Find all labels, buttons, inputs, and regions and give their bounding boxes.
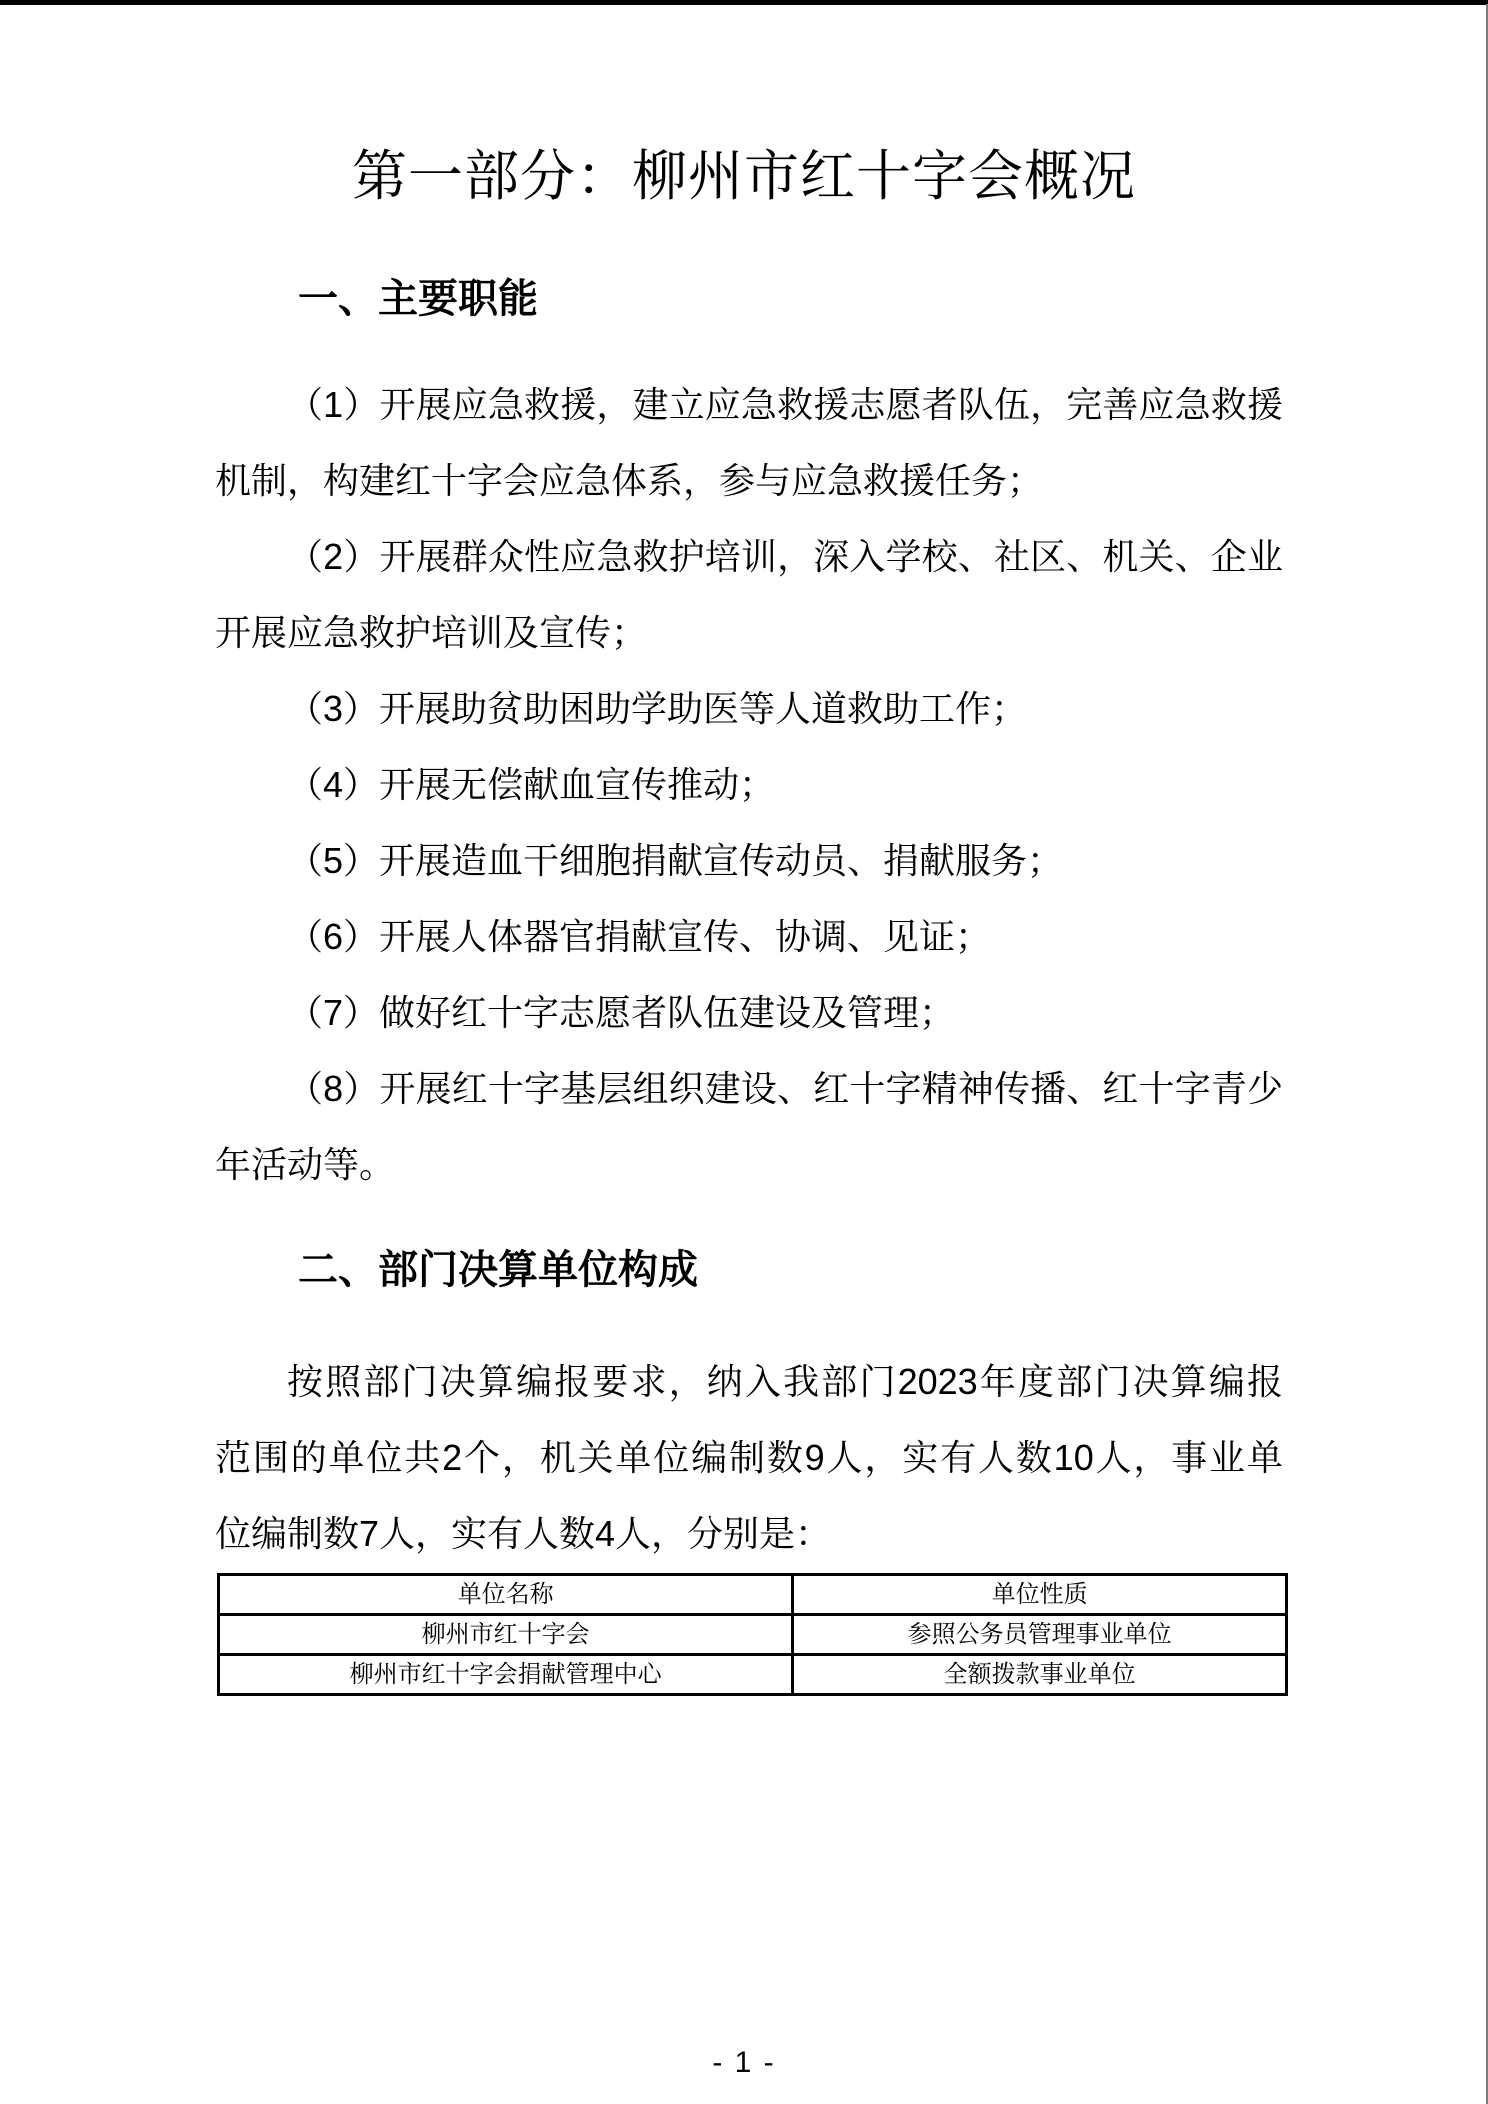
body-line: （2）开展群众性应急救护培训，深入学校、社区、机关、企业: [215, 519, 1283, 595]
body-line: 年活动等。: [215, 1127, 1283, 1203]
section-2-body: 按照部门决算编报要求，纳入我部门2023年度部门决算编报 范围的单位共2个，机关…: [215, 1344, 1283, 1572]
body-line: 机制，构建红十字会应急体系，参与应急救援任务；: [215, 443, 1283, 519]
table-cell: 柳州市红十字会捐献管理中心: [219, 1655, 793, 1695]
body-line: （1）开展应急救援，建立应急救援志愿者队伍，完善应急救援: [215, 367, 1283, 443]
body-line: 开展应急救护培训及宣传；: [215, 595, 1283, 671]
body-line: （3）开展助贫助困助学助医等人道救助工作；: [215, 671, 1283, 747]
body-line: （7）做好红十字志愿者队伍建设及管理；: [215, 975, 1283, 1051]
top-edge-bar: [0, 0, 1488, 5]
section-2-heading: 二、部门决算单位构成: [298, 1246, 698, 1294]
units-table: 单位名称 单位性质 柳州市红十字会 参照公务员管理事业单位 柳州市红十字会捐献管…: [217, 1573, 1288, 1696]
body-line: （8）开展红十字基层组织建设、红十字精神传播、红十字青少: [215, 1051, 1283, 1127]
document-title: 第一部分：柳州市红十字会概况: [0, 143, 1488, 209]
section-1-heading: 一、主要职能: [298, 275, 538, 323]
table-row: 柳州市红十字会捐献管理中心 全额拨款事业单位: [219, 1655, 1287, 1695]
body-line: （6）开展人体器官捐献宣传、协调、见证；: [215, 899, 1283, 975]
table-cell: 柳州市红十字会: [219, 1615, 793, 1655]
body-line: 位编制数7人，实有人数4人，分别是：: [215, 1496, 1283, 1572]
body-line: 范围的单位共2个，机关单位编制数9人，实有人数10人，事业单: [215, 1420, 1283, 1496]
table-cell: 参照公务员管理事业单位: [793, 1615, 1287, 1655]
table-header-cell: 单位性质: [793, 1575, 1287, 1615]
table-header-cell: 单位名称: [219, 1575, 793, 1615]
table-cell: 全额拨款事业单位: [793, 1655, 1287, 1695]
document-page: 第一部分：柳州市红十字会概况 一、主要职能 （1）开展应急救援，建立应急救援志愿…: [0, 0, 1488, 2104]
table-row: 柳州市红十字会 参照公务员管理事业单位: [219, 1615, 1287, 1655]
body-line: （5）开展造血干细胞捐献宣传动员、捐献服务；: [215, 823, 1283, 899]
page-number: - 1 -: [0, 2045, 1488, 2081]
body-line: （4）开展无偿献血宣传推动；: [215, 747, 1283, 823]
table-header-row: 单位名称 单位性质: [219, 1575, 1287, 1615]
body-line: 按照部门决算编报要求，纳入我部门2023年度部门决算编报: [215, 1344, 1283, 1420]
section-1-body: （1）开展应急救援，建立应急救援志愿者队伍，完善应急救援 机制，构建红十字会应急…: [215, 367, 1283, 1203]
